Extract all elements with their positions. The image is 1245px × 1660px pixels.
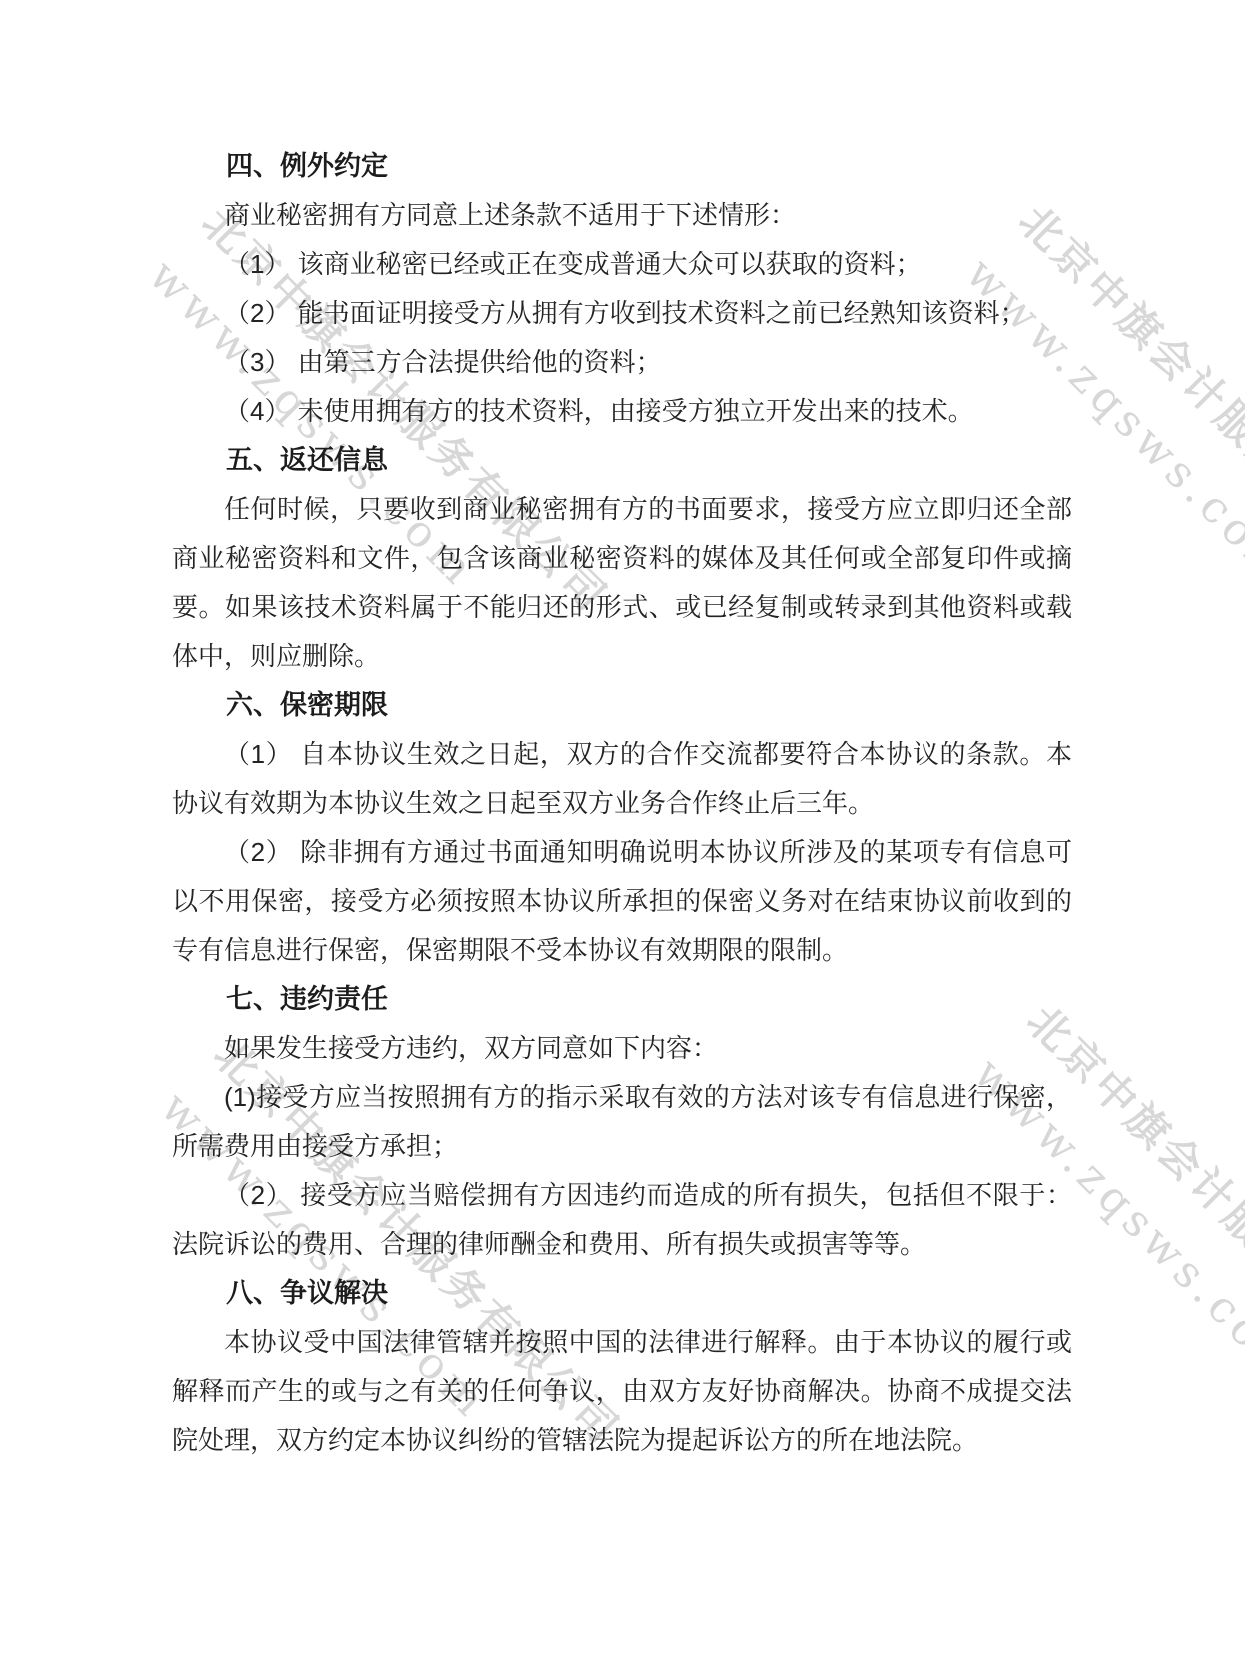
list-item: （2） 接受方应当赔偿拥有方因违约而造成的所有损失，包括但不限于：法院诉讼的费用… — [172, 1171, 1072, 1269]
section-heading: 六、保密期限 — [172, 681, 1072, 730]
section-exception-provisions: 四、例外约定 商业秘密拥有方同意上述条款不适用于下述情形： （1） 该商业秘密已… — [172, 142, 1072, 436]
section-confidentiality-term: 六、保密期限 （1） 自本协议生效之日起，双方的合作交流都要符合本协议的条款。本… — [172, 681, 1072, 975]
list-item: （1） 该商业秘密已经或正在变成普通大众可以获取的资料； — [172, 240, 1072, 289]
document-content: 四、例外约定 商业秘密拥有方同意上述条款不适用于下述情形： （1） 该商业秘密已… — [172, 142, 1072, 1465]
list-item: （2） 除非拥有方通过书面通知明确说明本协议所涉及的某项专有信息可以不用保密，接… — [172, 828, 1072, 975]
list-item: （4） 未使用拥有方的技术资料，由接受方独立开发出来的技术。 — [172, 387, 1072, 436]
list-item: （1） 自本协议生效之日起，双方的合作交流都要符合本协议的条款。本协议有效期为本… — [172, 730, 1072, 828]
list-item: （3） 由第三方合法提供给他的资料； — [172, 338, 1072, 387]
section-return-of-information: 五、返还信息 任何时候，只要收到商业秘密拥有方的书面要求，接受方应立即归还全部商… — [172, 436, 1072, 681]
section-heading: 五、返还信息 — [172, 436, 1072, 485]
paragraph: 本协议受中国法律管辖并按照中国的法律进行解释。由于本协议的履行或解释而产生的或与… — [172, 1318, 1072, 1465]
section-heading: 八、争议解决 — [172, 1269, 1072, 1318]
paragraph: 如果发生接受方违约，双方同意如下内容： — [172, 1024, 1072, 1073]
paragraph: 商业秘密拥有方同意上述条款不适用于下述情形： — [172, 191, 1072, 240]
document-page: 北京中旗会计服务有限公司 www.zqsws.com 北京中旗会计服务有限公司 … — [0, 0, 1245, 1660]
list-item: (1)接受方应当按照拥有方的指示采取有效的方法对该专有信息进行保密，所需费用由接… — [172, 1073, 1072, 1171]
section-dispute-resolution: 八、争议解决 本协议受中国法律管辖并按照中国的法律进行解释。由于本协议的履行或解… — [172, 1269, 1072, 1465]
list-item: （2） 能书面证明接受方从拥有方收到技术资料之前已经熟知该资料； — [172, 289, 1072, 338]
section-heading: 七、违约责任 — [172, 975, 1072, 1024]
section-heading: 四、例外约定 — [172, 142, 1072, 191]
section-breach-liability: 七、违约责任 如果发生接受方违约，双方同意如下内容： (1)接受方应当按照拥有方… — [172, 975, 1072, 1269]
paragraph: 任何时候，只要收到商业秘密拥有方的书面要求，接受方应立即归还全部商业秘密资料和文… — [172, 485, 1072, 681]
